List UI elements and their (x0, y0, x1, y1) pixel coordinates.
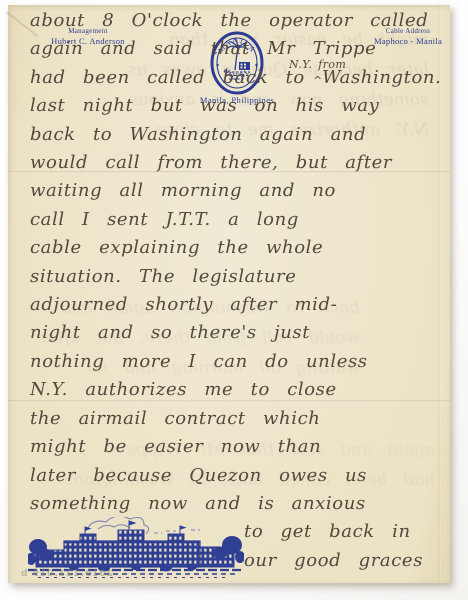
letter-line: adjourned shortly after mid- (16, 291, 444, 319)
interlinear-insertion: N.Y. from (289, 58, 346, 71)
letter-line: later because Quezon owes us (16, 462, 444, 490)
letter-line: nothing more I can do unless (16, 348, 444, 376)
letter-line: something now and is anxious (16, 490, 444, 518)
bleed-through-accession-stamp: 2019.121.019 b (20, 569, 113, 579)
building-blocks (36, 530, 234, 567)
letter-line: the airmail contract which (16, 405, 444, 433)
letter-line: call I sent J.T.T. a long (16, 206, 444, 234)
letter-line: night and so there's just (16, 319, 444, 347)
insertion-caret: ^ (313, 74, 322, 87)
letter-line: would call from there, but after (16, 149, 444, 177)
letter-line: situation. The legislature (16, 263, 444, 291)
letter-body: about 8 O'clock the operator called agai… (16, 7, 444, 575)
letter-line: had been called back to Washington. (16, 64, 444, 92)
letter-line: might be easier now than (16, 433, 444, 461)
letter-line: N.Y. authorizes me to close (16, 376, 444, 404)
letter-line: about 8 O'clock the operator called (16, 7, 444, 35)
letter-line: again and said that Mr Trippe (16, 35, 444, 63)
letter-line: back to Washington again and (16, 121, 444, 149)
letter-paper: might be easier now than later because Q… (8, 5, 450, 583)
letter-line: waiting all morning and no (16, 177, 444, 205)
letter-line: last night but was on his way (16, 92, 444, 120)
letter-line: cable explaining the whole (16, 234, 444, 262)
